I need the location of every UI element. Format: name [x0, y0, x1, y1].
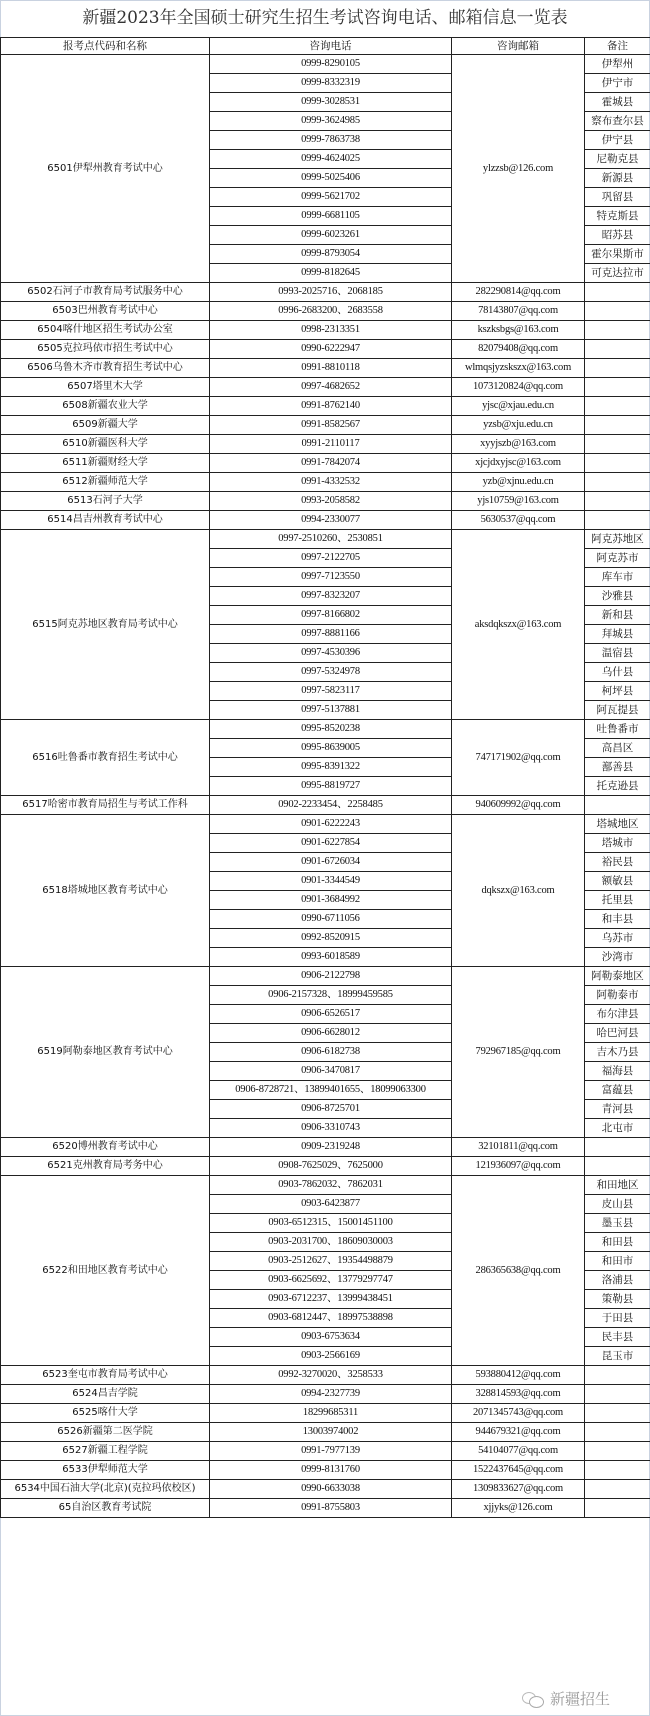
center-name-cell: 6533伊犁师范大学: [1, 1461, 210, 1480]
phone-cell: 0997-5823117: [210, 682, 452, 701]
email-cell: wlmqsjyzskszx@163.com: [452, 359, 585, 378]
note-cell: 托克逊县: [585, 777, 650, 796]
table-row: 6510新疆医科大学0991-2110117xyyjszb@163.com: [1, 435, 650, 454]
phone-cell: 0903-6512315、15001451100: [210, 1214, 452, 1233]
email-cell: 2071345743@qq.com: [452, 1404, 585, 1423]
phone-cell: 0903-6423877: [210, 1195, 452, 1214]
phone-cell: 0999-7863738: [210, 131, 452, 150]
phone-cell: 0906-8725701: [210, 1100, 452, 1119]
watermark: 新疆招生: [522, 1688, 610, 1709]
note-cell: 伊宁市: [585, 74, 650, 93]
center-name-cell: 6521克州教育局考务中心: [1, 1157, 210, 1176]
note-cell: [585, 796, 650, 815]
table-row: 6517哈密市教育局招生与考试工作科0902-2233454、225848594…: [1, 796, 650, 815]
center-name-cell: 6503巴州教育考试中心: [1, 302, 210, 321]
phone-cell: 0991-8810118: [210, 359, 452, 378]
note-cell: [585, 340, 650, 359]
note-cell: [585, 283, 650, 302]
table-row: 6508新疆农业大学0991-8762140yjsc@xjau.edu.cn: [1, 397, 650, 416]
phone-cell: 0999-4624025: [210, 150, 452, 169]
table-row: 6525喀什大学182996853112071345743@qq.com: [1, 1404, 650, 1423]
phone-cell: 0990-6633038: [210, 1480, 452, 1499]
phone-cell: 0903-6625692、13779297747: [210, 1271, 452, 1290]
email-cell: xyyjszb@163.com: [452, 435, 585, 454]
note-cell: 尼勒克县: [585, 150, 650, 169]
email-cell: 940609992@qq.com: [452, 796, 585, 815]
watermark-text: 新疆招生: [550, 1688, 610, 1709]
note-cell: 洛浦县: [585, 1271, 650, 1290]
phone-cell: 0991-4332532: [210, 473, 452, 492]
email-cell: aksdqkszx@163.com: [452, 530, 585, 720]
table-row: 6523奎屯市教育局考试中心0992-3270020、3258533593880…: [1, 1366, 650, 1385]
email-cell: yzb@xjnu.edu.cn: [452, 473, 585, 492]
email-cell: 32101811@qq.com: [452, 1138, 585, 1157]
note-cell: 塔城市: [585, 834, 650, 853]
note-cell: [585, 397, 650, 416]
header-email: 咨询邮箱: [452, 38, 585, 55]
table-row: 6522和田地区教育考试中心0903-7862032、7862031286365…: [1, 1176, 650, 1195]
phone-cell: 0999-6023261: [210, 226, 452, 245]
note-cell: [585, 1157, 650, 1176]
email-cell: xjcjdxyjsc@163.com: [452, 454, 585, 473]
phone-cell: 0906-6628012: [210, 1024, 452, 1043]
center-name-cell: 6513石河子大学: [1, 492, 210, 511]
note-cell: 伊犁州: [585, 55, 650, 74]
note-cell: [585, 454, 650, 473]
note-cell: [585, 1480, 650, 1499]
center-name-cell: 6511新疆财经大学: [1, 454, 210, 473]
note-cell: 库车市: [585, 568, 650, 587]
center-name-cell: 6525喀什大学: [1, 1404, 210, 1423]
phone-cell: 0997-8323207: [210, 587, 452, 606]
note-cell: [585, 416, 650, 435]
note-cell: 阿克苏地区: [585, 530, 650, 549]
phone-cell: 0901-6222243: [210, 815, 452, 834]
center-name-cell: 6506乌鲁木齐市教育招生考试中心: [1, 359, 210, 378]
email-cell: 944679321@qq.com: [452, 1423, 585, 1442]
note-cell: 高昌区: [585, 739, 650, 758]
table-row: 6519阿勒泰地区教育考试中心0906-2122798792967185@qq.…: [1, 967, 650, 986]
phone-cell: 13003974002: [210, 1423, 452, 1442]
center-name-cell: 6517哈密市教育局招生与考试工作科: [1, 796, 210, 815]
email-cell: 286365638@qq.com: [452, 1176, 585, 1366]
email-cell: 5630537@qq.com: [452, 511, 585, 530]
table-row: 6515阿克苏地区教育局考试中心0997-2510260、2530851aksd…: [1, 530, 650, 549]
note-cell: 托里县: [585, 891, 650, 910]
phone-cell: 0997-2510260、2530851: [210, 530, 452, 549]
phone-cell: 0995-8391322: [210, 758, 452, 777]
table-body: 6501伊犁州教育考试中心0999-8290105ylzzsb@126.com伊…: [1, 55, 650, 1518]
note-cell: [585, 492, 650, 511]
note-cell: 富蕴县: [585, 1081, 650, 1100]
table-row: 6503巴州教育考试中心0996-2683200、268355878143807…: [1, 302, 650, 321]
phone-cell: 0906-2122798: [210, 967, 452, 986]
phone-cell: 0906-3470817: [210, 1062, 452, 1081]
phone-cell: 0906-2157328、18999459585: [210, 986, 452, 1005]
note-cell: 墨玉县: [585, 1214, 650, 1233]
center-name-cell: 6520博州教育考试中心: [1, 1138, 210, 1157]
center-name-cell: 6508新疆农业大学: [1, 397, 210, 416]
center-name-cell: 6514昌吉州教育考试中心: [1, 511, 210, 530]
table-row: 6502石河子市教育局考试服务中心0993-2025716、2068185282…: [1, 283, 650, 302]
note-cell: [585, 1138, 650, 1157]
phone-cell: 0909-2319248: [210, 1138, 452, 1157]
phone-cell: 0995-8520238: [210, 720, 452, 739]
table-row: 6514昌吉州教育考试中心0994-23300775630537@qq.com: [1, 511, 650, 530]
phone-cell: 0901-6726034: [210, 853, 452, 872]
table-row: 6520博州教育考试中心0909-231924832101811@qq.com: [1, 1138, 650, 1157]
center-name-cell: 6509新疆大学: [1, 416, 210, 435]
center-name-cell: 6534中国石油大学(北京)(克拉玛依校区): [1, 1480, 210, 1499]
table-row: 6501伊犁州教育考试中心0999-8290105ylzzsb@126.com伊…: [1, 55, 650, 74]
center-name-cell: 6515阿克苏地区教育局考试中心: [1, 530, 210, 720]
note-cell: 温宿县: [585, 644, 650, 663]
table-row: 6521克州教育局考务中心0908-7625029、76250001219360…: [1, 1157, 650, 1176]
note-cell: 皮山县: [585, 1195, 650, 1214]
email-cell: 78143807@qq.com: [452, 302, 585, 321]
email-cell: 1073120824@qq.com: [452, 378, 585, 397]
note-cell: 察布查尔县: [585, 112, 650, 131]
note-cell: [585, 1499, 650, 1518]
note-cell: 乌苏市: [585, 929, 650, 948]
email-cell: 121936097@qq.com: [452, 1157, 585, 1176]
table-row: 6509新疆大学0991-8582567yzsb@xju.edu.cn: [1, 416, 650, 435]
center-name-cell: 6516吐鲁番市教育招生考试中心: [1, 720, 210, 796]
note-cell: 乌什县: [585, 663, 650, 682]
note-cell: 哈巴河县: [585, 1024, 650, 1043]
phone-cell: 0903-2566169: [210, 1347, 452, 1366]
center-name-cell: 6505克拉玛依市招生考试中心: [1, 340, 210, 359]
note-cell: [585, 1366, 650, 1385]
note-cell: [585, 1461, 650, 1480]
center-name-cell: 6526新疆第二医学院: [1, 1423, 210, 1442]
email-cell: 792967185@qq.com: [452, 967, 585, 1138]
phone-cell: 0999-8793054: [210, 245, 452, 264]
table-row: 6534中国石油大学(北京)(克拉玛依校区)0990-6633038130983…: [1, 1480, 650, 1499]
center-name-cell: 6527新疆工程学院: [1, 1442, 210, 1461]
center-name-cell: 6524昌吉学院: [1, 1385, 210, 1404]
note-cell: [585, 378, 650, 397]
phone-cell: 0996-2683200、2683558: [210, 302, 452, 321]
table-row: 6507塔里木大学0997-46826521073120824@qq.com: [1, 378, 650, 397]
note-cell: 沙雅县: [585, 587, 650, 606]
phone-cell: 0906-3310743: [210, 1119, 452, 1138]
phone-cell: 0993-6018589: [210, 948, 452, 967]
phone-cell: 0997-8166802: [210, 606, 452, 625]
note-cell: 霍城县: [585, 93, 650, 112]
phone-cell: 0995-8819727: [210, 777, 452, 796]
phone-cell: 0903-2031700、18609030003: [210, 1233, 452, 1252]
table-row: 6505克拉玛依市招生考试中心0990-622294782079408@qq.c…: [1, 340, 650, 359]
note-cell: 新和县: [585, 606, 650, 625]
note-cell: 霍尔果斯市: [585, 245, 650, 264]
phone-cell: 0903-6753634: [210, 1328, 452, 1347]
note-cell: 福海县: [585, 1062, 650, 1081]
table-row: 6504喀什地区招生考试办公室0998-2313351kszksbgs@163.…: [1, 321, 650, 340]
phone-cell: 0991-8582567: [210, 416, 452, 435]
note-cell: 阿勒泰地区: [585, 967, 650, 986]
note-cell: 柯坪县: [585, 682, 650, 701]
phone-cell: 0999-5621702: [210, 188, 452, 207]
table-row: 6511新疆财经大学0991-7842074xjcjdxyjsc@163.com: [1, 454, 650, 473]
table-row: 6518塔城地区教育考试中心0901-6222243dqkszx@163.com…: [1, 815, 650, 834]
email-cell: 747171902@qq.com: [452, 720, 585, 796]
note-cell: 伊宁县: [585, 131, 650, 150]
phone-cell: 0992-8520915: [210, 929, 452, 948]
note-cell: 塔城地区: [585, 815, 650, 834]
email-cell: 54104077@qq.com: [452, 1442, 585, 1461]
phone-cell: 0999-8131760: [210, 1461, 452, 1480]
note-cell: 布尔津县: [585, 1005, 650, 1024]
center-name-cell: 6512新疆师范大学: [1, 473, 210, 492]
phone-cell: 0997-7123550: [210, 568, 452, 587]
note-cell: 沙湾市: [585, 948, 650, 967]
email-cell: yzsb@xju.edu.cn: [452, 416, 585, 435]
note-cell: [585, 302, 650, 321]
table-row: 6524昌吉学院0994-2327739328814593@qq.com: [1, 1385, 650, 1404]
center-name-cell: 6522和田地区教育考试中心: [1, 1176, 210, 1366]
email-cell: 282290814@qq.com: [452, 283, 585, 302]
phone-cell: 0990-6222947: [210, 340, 452, 359]
center-name-cell: 6504喀什地区招生考试办公室: [1, 321, 210, 340]
phone-cell: 0997-4682652: [210, 378, 452, 397]
center-name-cell: 6507塔里木大学: [1, 378, 210, 397]
note-cell: 于田县: [585, 1309, 650, 1328]
phone-cell: 0903-7862032、7862031: [210, 1176, 452, 1195]
phone-cell: 0998-2313351: [210, 321, 452, 340]
note-cell: [585, 321, 650, 340]
table-header-row: 报考点代码和名称 咨询电话 咨询邮箱 备注: [1, 38, 650, 55]
phone-cell: 0991-8762140: [210, 397, 452, 416]
note-cell: 吉木乃县: [585, 1043, 650, 1062]
note-cell: 策勒县: [585, 1290, 650, 1309]
center-name-cell: 6519阿勒泰地区教育考试中心: [1, 967, 210, 1138]
table-row: 6513石河子大学0993-2058582yjs10759@163.com: [1, 492, 650, 511]
phone-cell: 0903-6812447、18997538898: [210, 1309, 452, 1328]
phone-cell: 0994-2330077: [210, 511, 452, 530]
note-cell: [585, 359, 650, 378]
phone-cell: 0997-5137881: [210, 701, 452, 720]
table-row: 65自治区教育考试院0991-8755803xjjyks@126.com: [1, 1499, 650, 1518]
wechat-icon: [522, 1691, 544, 1707]
center-name-cell: 6502石河子市教育局考试服务中心: [1, 283, 210, 302]
email-cell: ylzzsb@126.com: [452, 55, 585, 283]
header-phone: 咨询电话: [210, 38, 452, 55]
center-name-cell: 6510新疆医科大学: [1, 435, 210, 454]
phone-cell: 0999-5025406: [210, 169, 452, 188]
email-cell: dqkszx@163.com: [452, 815, 585, 967]
note-cell: 裕民县: [585, 853, 650, 872]
table-row: 6516吐鲁番市教育招生考试中心0995-8520238747171902@qq…: [1, 720, 650, 739]
note-cell: 巩留县: [585, 188, 650, 207]
note-cell: [585, 1423, 650, 1442]
note-cell: 和田县: [585, 1233, 650, 1252]
header-center: 报考点代码和名称: [1, 38, 210, 55]
note-cell: 和田市: [585, 1252, 650, 1271]
email-cell: 1309833627@qq.com: [452, 1480, 585, 1499]
phone-cell: 0906-6182738: [210, 1043, 452, 1062]
note-cell: [585, 1404, 650, 1423]
note-cell: 阿勒泰市: [585, 986, 650, 1005]
phone-cell: 0901-3344549: [210, 872, 452, 891]
email-cell: yjs10759@163.com: [452, 492, 585, 511]
center-name-cell: 6523奎屯市教育局考试中心: [1, 1366, 210, 1385]
phone-cell: 0903-2512627、19354498879: [210, 1252, 452, 1271]
phone-cell: 0999-8182645: [210, 264, 452, 283]
phone-cell: 0990-6711056: [210, 910, 452, 929]
table-row: 6526新疆第二医学院13003974002944679321@qq.com: [1, 1423, 650, 1442]
center-name-cell: 6501伊犁州教育考试中心: [1, 55, 210, 283]
phone-cell: 0991-7977139: [210, 1442, 452, 1461]
phone-cell: 0906-8728721、13899401655、18099063300: [210, 1081, 452, 1100]
email-cell: 593880412@qq.com: [452, 1366, 585, 1385]
phone-cell: 0999-3028531: [210, 93, 452, 112]
note-cell: 和丰县: [585, 910, 650, 929]
note-cell: [585, 511, 650, 530]
note-cell: [585, 1385, 650, 1404]
phone-cell: 0903-6712237、13999438451: [210, 1290, 452, 1309]
phone-cell: 0902-2233454、2258485: [210, 796, 452, 815]
phone-cell: 0997-5324978: [210, 663, 452, 682]
phone-cell: 0993-2058582: [210, 492, 452, 511]
note-cell: [585, 1442, 650, 1461]
note-cell: 阿瓦提县: [585, 701, 650, 720]
phone-cell: 0991-7842074: [210, 454, 452, 473]
note-cell: 拜城县: [585, 625, 650, 644]
email-cell: xjjyks@126.com: [452, 1499, 585, 1518]
email-cell: 328814593@qq.com: [452, 1385, 585, 1404]
email-cell: kszksbgs@163.com: [452, 321, 585, 340]
note-cell: 新源县: [585, 169, 650, 188]
phone-cell: 18299685311: [210, 1404, 452, 1423]
table-row: 6527新疆工程学院0991-797713954104077@qq.com: [1, 1442, 650, 1461]
note-cell: 吐鲁番市: [585, 720, 650, 739]
phone-cell: 0995-8639005: [210, 739, 452, 758]
phone-cell: 0999-8332319: [210, 74, 452, 93]
phone-cell: 0906-6526517: [210, 1005, 452, 1024]
table-row: 6533伊犁师范大学0999-81317601522437645@qq.com: [1, 1461, 650, 1480]
phone-cell: 0991-8755803: [210, 1499, 452, 1518]
contact-table: 报考点代码和名称 咨询电话 咨询邮箱 备注 6501伊犁州教育考试中心0999-…: [0, 37, 650, 1518]
email-cell: 82079408@qq.com: [452, 340, 585, 359]
phone-cell: 0908-7625029、7625000: [210, 1157, 452, 1176]
phone-cell: 0901-3684992: [210, 891, 452, 910]
phone-cell: 0999-3624985: [210, 112, 452, 131]
note-cell: 阿克苏市: [585, 549, 650, 568]
table-row: 6512新疆师范大学0991-4332532yzb@xjnu.edu.cn: [1, 473, 650, 492]
note-cell: 和田地区: [585, 1176, 650, 1195]
note-cell: 额敏县: [585, 872, 650, 891]
header-note: 备注: [585, 38, 650, 55]
page-title: 新疆2023年全国硕士研究生招生考试咨询电话、邮箱信息一览表: [0, 0, 650, 37]
note-cell: 特克斯县: [585, 207, 650, 226]
note-cell: 青河县: [585, 1100, 650, 1119]
phone-cell: 0997-8881166: [210, 625, 452, 644]
center-name-cell: 6518塔城地区教育考试中心: [1, 815, 210, 967]
phone-cell: 0997-2122705: [210, 549, 452, 568]
email-cell: yjsc@xjau.edu.cn: [452, 397, 585, 416]
phone-cell: 0999-8290105: [210, 55, 452, 74]
phone-cell: 0992-3270020、3258533: [210, 1366, 452, 1385]
note-cell: 鄯善县: [585, 758, 650, 777]
email-cell: 1522437645@qq.com: [452, 1461, 585, 1480]
table-row: 6506乌鲁木齐市教育招生考试中心0991-8810118wlmqsjyzsks…: [1, 359, 650, 378]
note-cell: 昆玉市: [585, 1347, 650, 1366]
phone-cell: 0999-6681105: [210, 207, 452, 226]
phone-cell: 0994-2327739: [210, 1385, 452, 1404]
note-cell: 北屯市: [585, 1119, 650, 1138]
note-cell: 昭苏县: [585, 226, 650, 245]
phone-cell: 0997-4530396: [210, 644, 452, 663]
note-cell: 可克达拉市: [585, 264, 650, 283]
center-name-cell: 65自治区教育考试院: [1, 1499, 210, 1518]
note-cell: [585, 435, 650, 454]
note-cell: 民丰县: [585, 1328, 650, 1347]
phone-cell: 0993-2025716、2068185: [210, 283, 452, 302]
phone-cell: 0901-6227854: [210, 834, 452, 853]
note-cell: [585, 473, 650, 492]
phone-cell: 0991-2110117: [210, 435, 452, 454]
